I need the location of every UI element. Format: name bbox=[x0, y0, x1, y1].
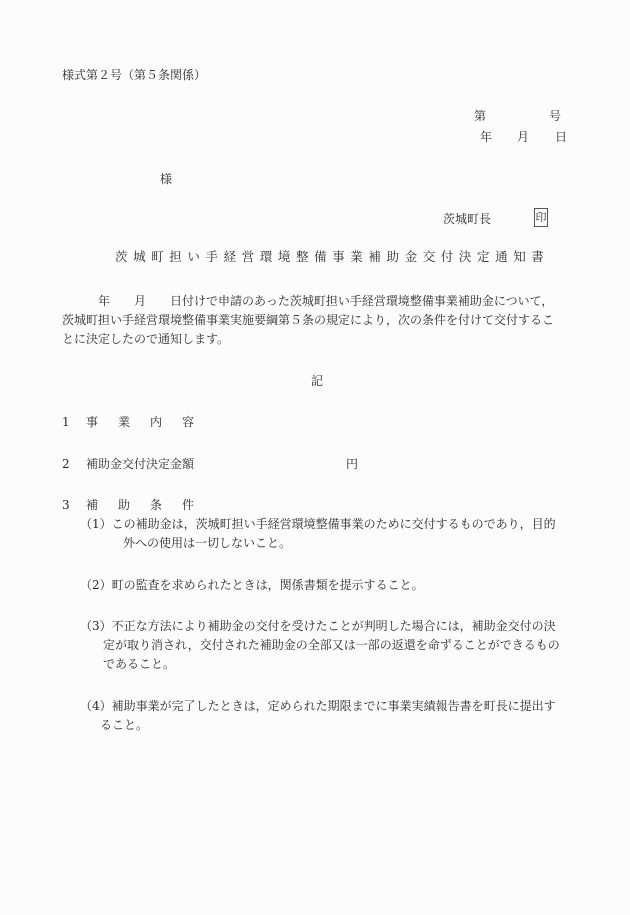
date-month: 月 bbox=[517, 129, 529, 145]
number-prefix: 第 bbox=[474, 108, 486, 124]
condition-line: 不正な方法により補助金の交付を受けたことが判明した場合には，補助金交付の決 bbox=[112, 619, 556, 633]
condition-marker: （1） bbox=[80, 515, 112, 534]
date-day: 日 bbox=[555, 129, 567, 145]
condition-marker: （4） bbox=[80, 697, 112, 716]
condition-4: （4）補助事業が完了したときは，定められた期限までに事業実績報告書を町長に提出す… bbox=[80, 697, 585, 735]
seal-stamp-box: 印 bbox=[534, 208, 548, 227]
item-label: 事業内容 bbox=[86, 415, 214, 429]
form-label: 様式第２号（第５条関係） bbox=[62, 67, 206, 83]
date-year: 年 bbox=[480, 129, 492, 145]
item-grant-conditions: 3補助条件 bbox=[62, 497, 214, 513]
condition-3: （3）不正な方法により補助金の交付を受けたことが判明した場合には，補助金交付の決… bbox=[80, 617, 585, 674]
condition-line: 補助事業が完了したときは，定められた期限までに事業実績報告書を町長に提出す bbox=[112, 699, 556, 713]
condition-marker: （2） bbox=[80, 576, 112, 595]
body-line2: 茨城町担い手経営環境整備事業実施要綱第５条の規定により，次の条件を付けて交付する… bbox=[62, 311, 582, 330]
body-line3: とに決定したので通知します。 bbox=[62, 330, 582, 349]
document-title: 茨城町担い手経営環境整備事業補助金交付決定通知書 bbox=[115, 249, 549, 265]
condition-line: 町の監査を求められたときは，関係書類を提示すること。 bbox=[112, 578, 424, 592]
body-year: 年 bbox=[98, 294, 110, 308]
condition-line: ること。 bbox=[80, 716, 585, 735]
ki-heading: 記 bbox=[311, 373, 323, 389]
number-suffix: 号 bbox=[549, 108, 561, 124]
item-number: 1 bbox=[62, 414, 86, 430]
addressee: 様 bbox=[160, 171, 172, 187]
item-business-content: 1事業内容 bbox=[62, 414, 214, 430]
condition-line: 定が取り消され，交付された補助金の全部又は一部の返還を命ずることができるもの bbox=[80, 636, 585, 655]
body-line1: 日付けで申請のあった茨城町担い手経営環境整備事業補助金について， bbox=[170, 294, 553, 308]
yen-unit: 円 bbox=[346, 456, 358, 472]
item-number: 2 bbox=[62, 456, 86, 472]
condition-2: （2）町の監査を求められたときは，関係書類を提示すること。 bbox=[80, 576, 585, 595]
condition-line: この補助金は，茨城町担い手経営環境整備事業のために交付するものであり，目的 bbox=[112, 517, 556, 531]
condition-marker: （3） bbox=[80, 617, 112, 636]
body-month: 月 bbox=[134, 294, 146, 308]
item-grant-amount: 2補助金交付決定金額 円 bbox=[62, 456, 462, 472]
item-label: 補助条件 bbox=[86, 498, 214, 512]
condition-line: であること。 bbox=[80, 655, 585, 674]
condition-line: 外への使用は一切しないこと。 bbox=[80, 534, 585, 553]
item-label: 補助金交付決定金額 bbox=[86, 457, 194, 471]
issuer: 茨城町長 bbox=[443, 211, 491, 227]
condition-1: （1）この補助金は，茨城町担い手経営環境整備事業のために交付するものであり，目的… bbox=[80, 515, 585, 553]
body-paragraph: 年月日付けで申請のあった茨城町担い手経営環境整備事業補助金について， 茨城町担い… bbox=[62, 292, 582, 349]
item-number: 3 bbox=[62, 497, 86, 513]
